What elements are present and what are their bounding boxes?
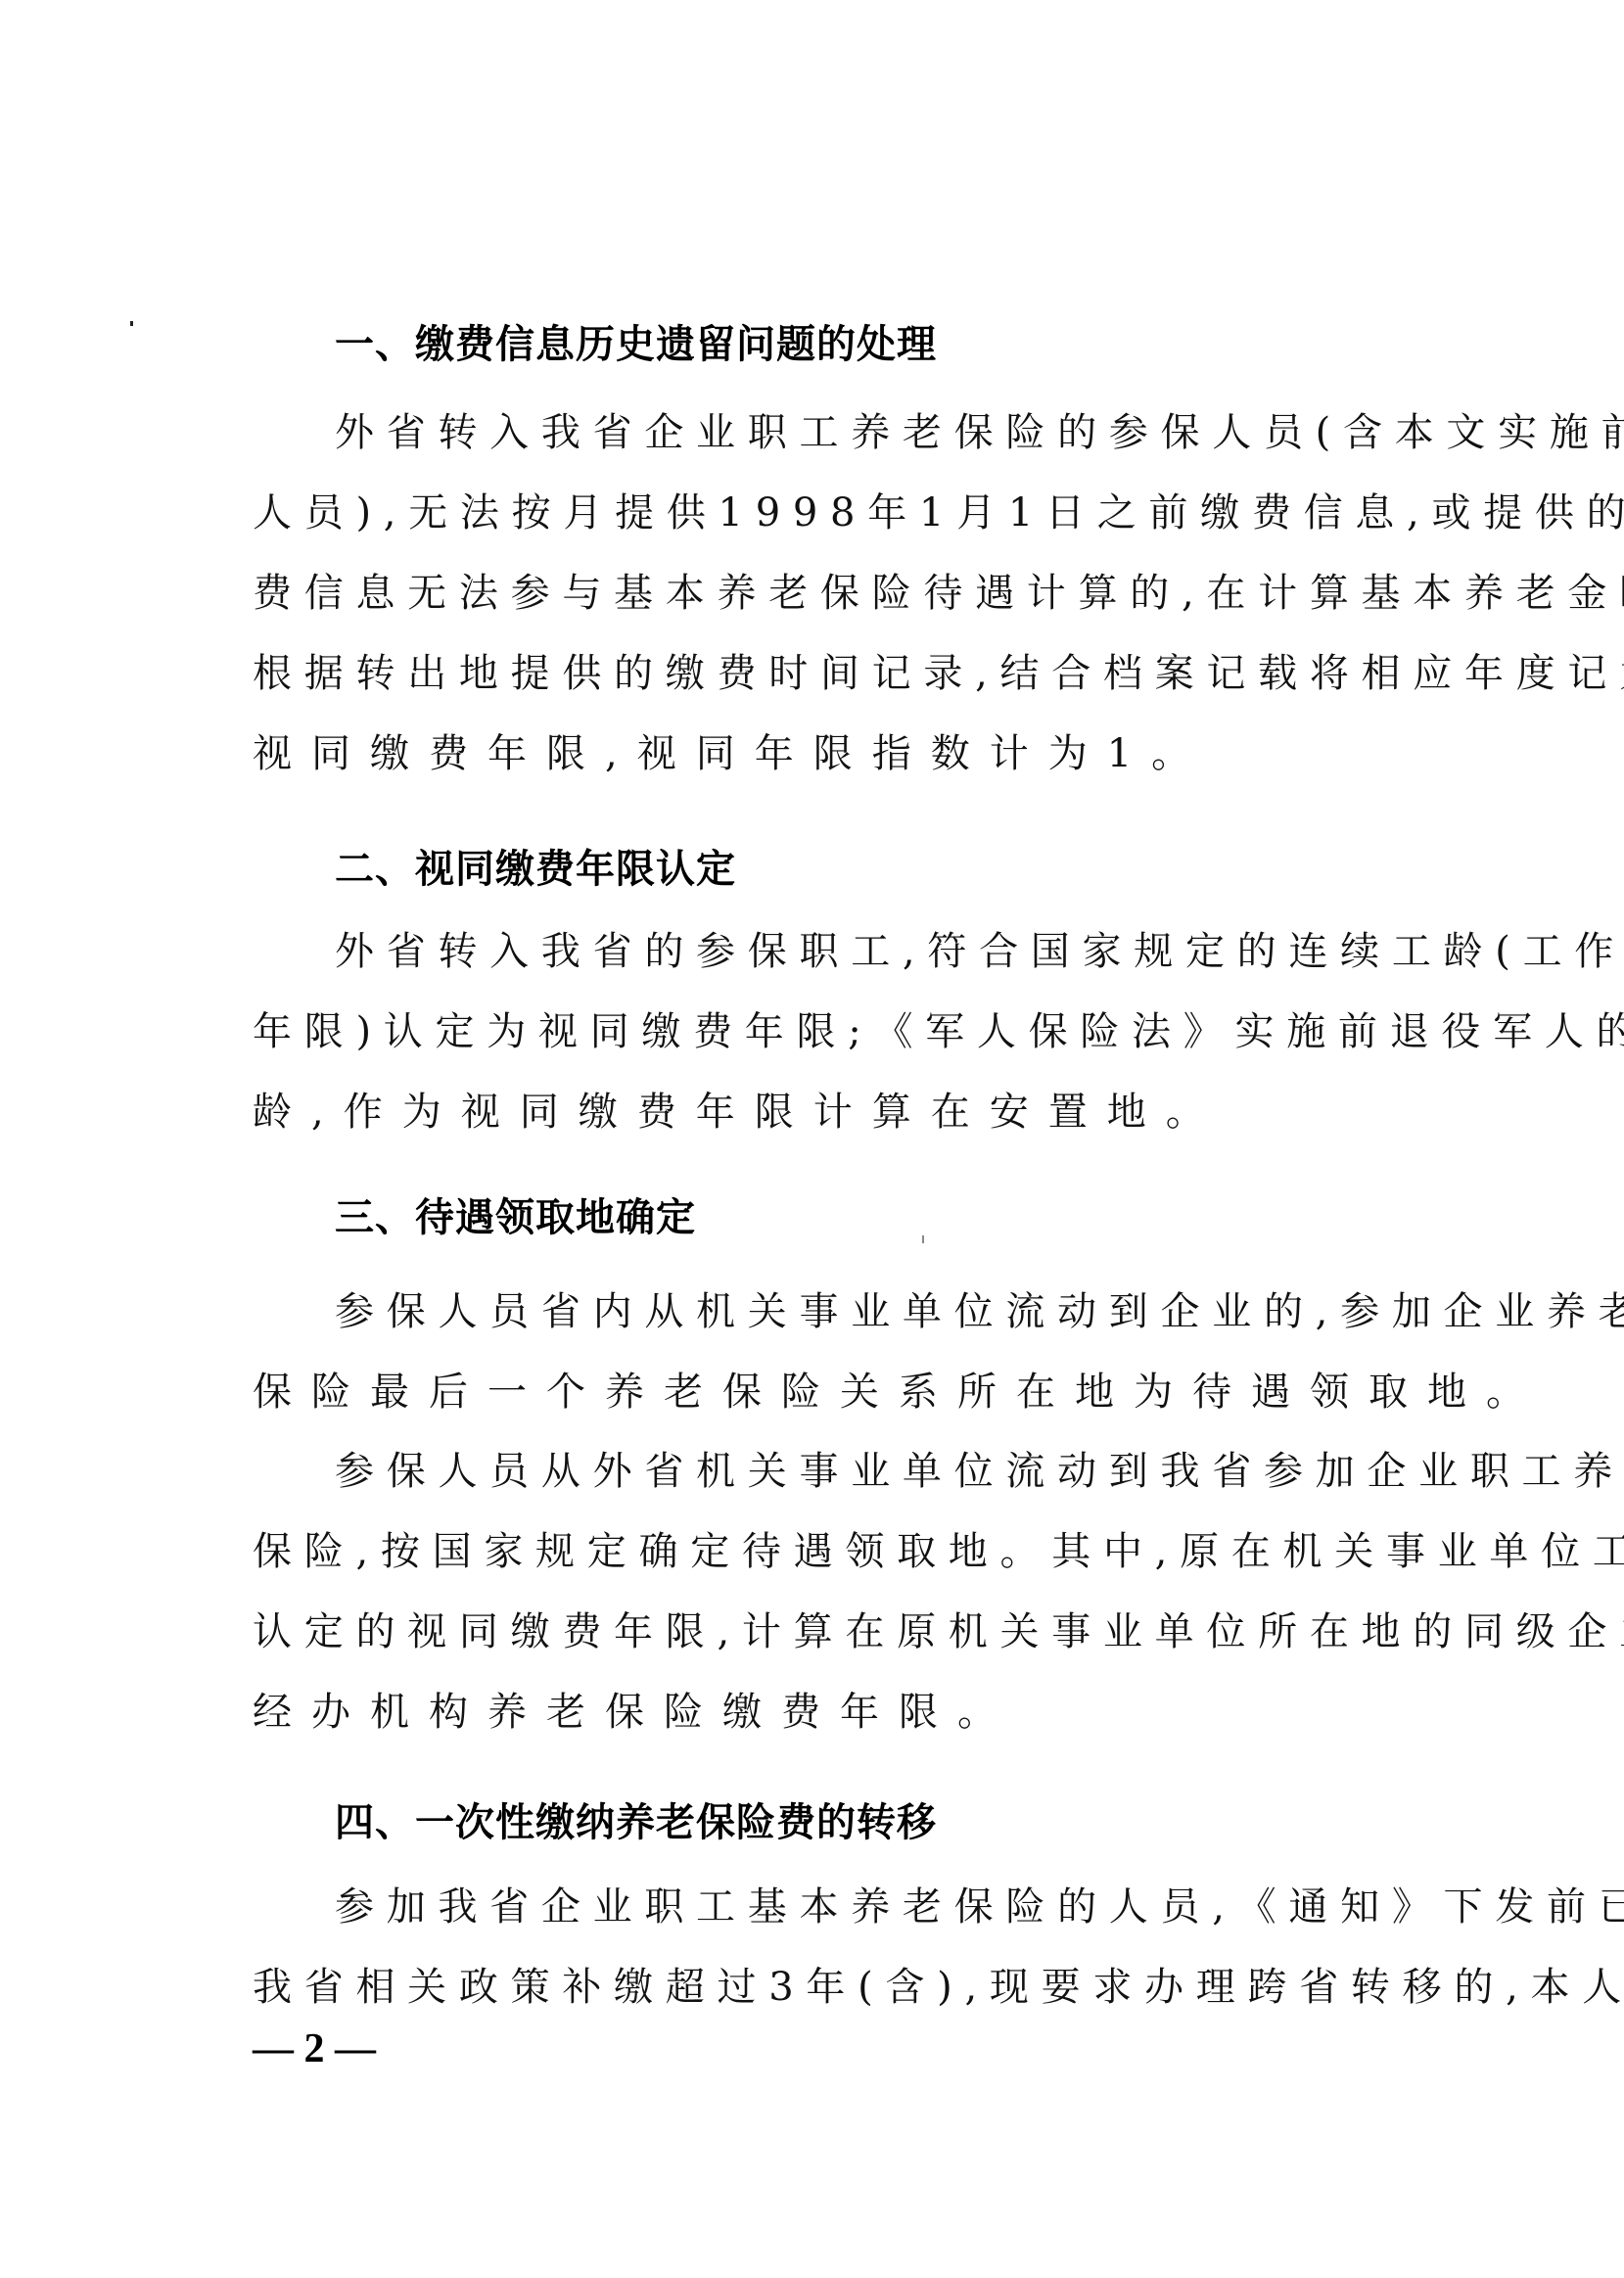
- paragraph-line: 参 保 人 员 从 外 省 机 关 事 业 单 位 流 动 到 我 省 参 加 …: [335, 1442, 1427, 1501]
- paragraph-line: 外 省 转 入 我 省 的 参 保 职 工 , 符 合 国 家 规 定 的 连 …: [335, 922, 1427, 981]
- paragraph-line: 根 据 转 出 地 提 供 的 缴 费 时 间 记 录 , 结 合 档 案 记 …: [253, 644, 1427, 703]
- section-heading-1: 一、缴费信息历史遗留问题的处理: [335, 315, 937, 374]
- paragraph-line: 人 员 ) , 无 法 按 月 提 供 1 9 9 8 年 1 月 1 日 之 …: [253, 484, 1427, 542]
- paragraph-line: 年 限 ) 认 定 为 视 同 缴 费 年 限 ; 《 军 人 保 险 法 》 …: [253, 1002, 1427, 1061]
- paragraph-line: 外 省 转 入 我 省 企 业 职 工 养 老 保 险 的 参 保 人 员 ( …: [335, 403, 1427, 462]
- paragraph-line: 保险最后一个养老保险关系所在地为待遇领取地。: [253, 1363, 1427, 1421]
- paragraph-line: 龄,作为视同缴费年限计算在安置地。: [253, 1083, 1427, 1141]
- paragraph-line: 我 省 相 关 政 策 补 缴 超 过 3 年 ( 含 ) , 现 要 求 办 …: [253, 1958, 1427, 2017]
- paragraph-line: 经办机构养老保险缴费年限。: [253, 1683, 1427, 1742]
- paragraph-line: 参 加 我 省 企 业 职 工 基 本 养 老 保 险 的 人 员 , 《 通 …: [335, 1878, 1427, 1936]
- paragraph-line: 认 定 的 视 同 缴 费 年 限 , 计 算 在 原 机 关 事 业 单 位 …: [253, 1603, 1427, 1661]
- page-number: — 2 —: [253, 2024, 376, 2073]
- document-page: 一、缴费信息历史遗留问题的处理 外 省 转 入 我 省 企 业 职 工 养 老 …: [0, 0, 1624, 2278]
- section-heading-3: 三、待遇领取地确定: [335, 1188, 696, 1247]
- paragraph-line: 视同缴费年限,视同年限指数计为1。: [253, 724, 1427, 783]
- section-heading-4: 四、一次性缴纳养老保险费的转移: [335, 1793, 937, 1852]
- paragraph-line: 保 险 , 按 国 家 规 定 确 定 待 遇 领 取 地 。 其 中 , 原 …: [253, 1522, 1427, 1581]
- paragraph-line: 费 信 息 无 法 参 与 基 本 养 老 保 险 待 遇 计 算 的 , 在 …: [253, 564, 1427, 623]
- scan-speck: [130, 321, 133, 326]
- scan-speck: [922, 1235, 924, 1243]
- section-heading-2: 二、视同缴费年限认定: [335, 840, 736, 899]
- paragraph-line: 参 保 人 员 省 内 从 机 关 事 业 单 位 流 动 到 企 业 的 , …: [335, 1282, 1427, 1341]
